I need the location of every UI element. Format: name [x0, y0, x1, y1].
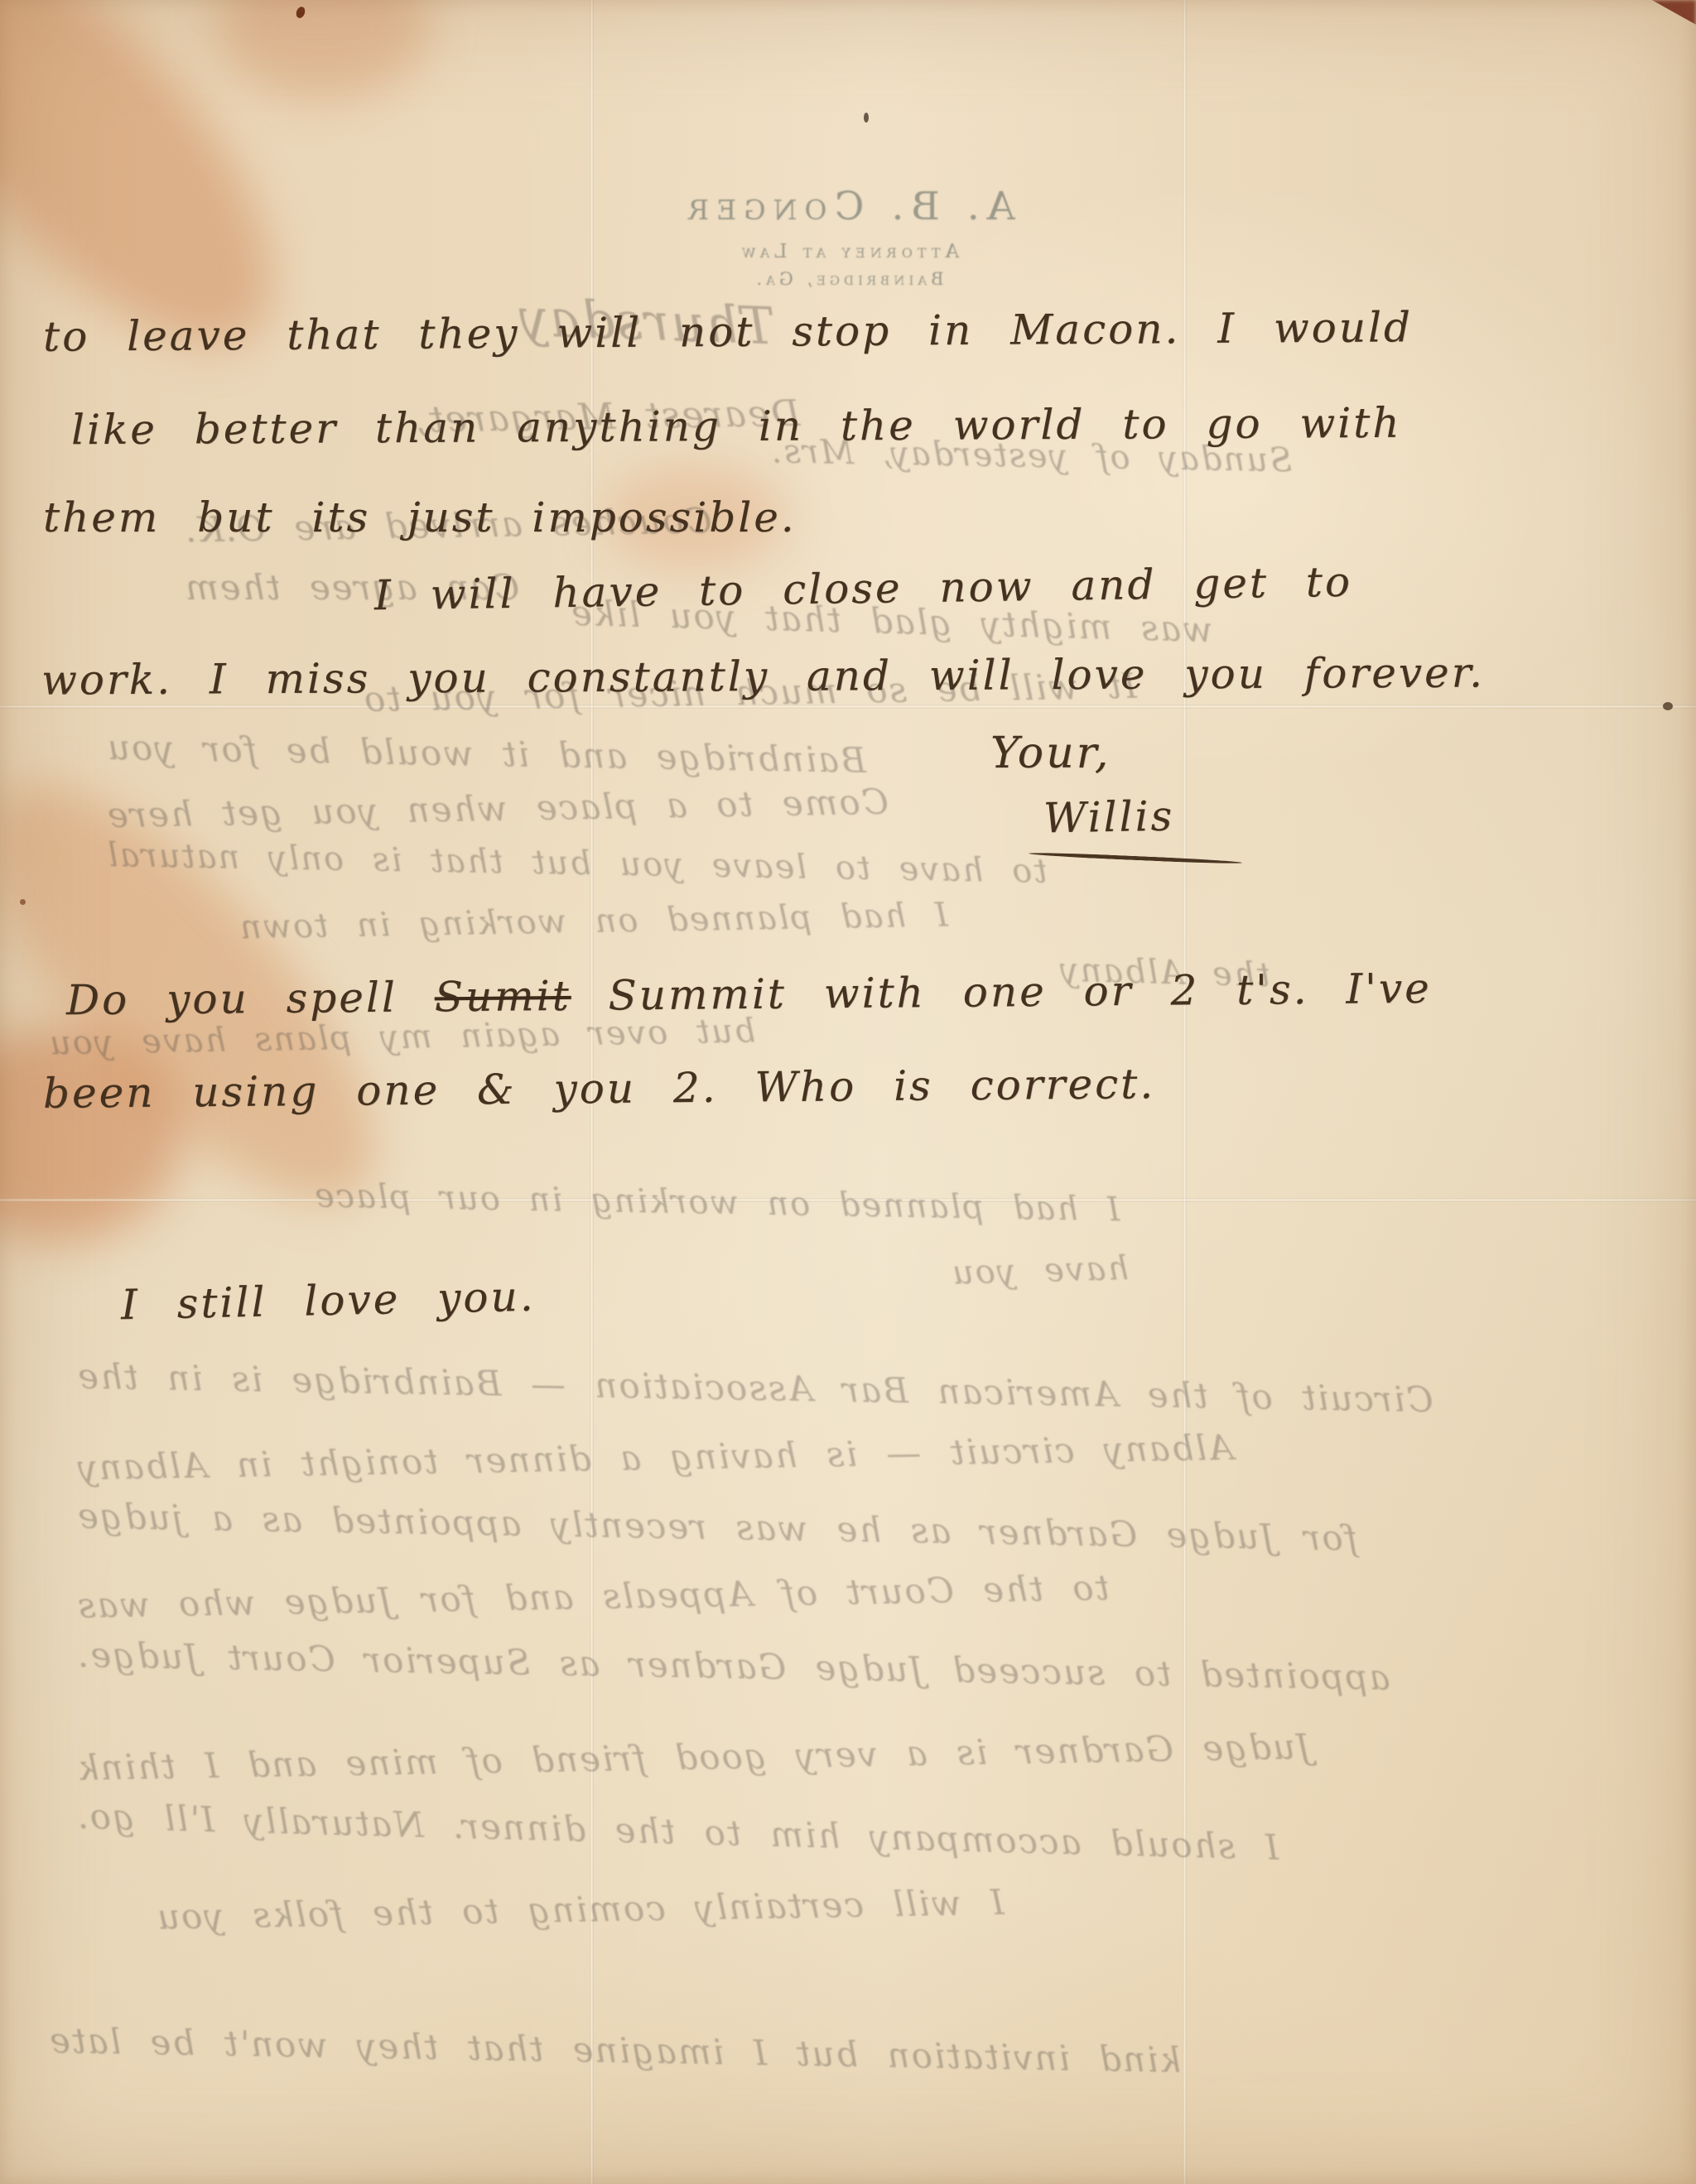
closing: Your,	[990, 729, 1111, 778]
bleed-through-line: I will certainly coming to the folks you	[156, 1882, 1005, 1937]
bleed-through-line: Circuit of the American Bar Association …	[76, 1356, 1433, 1421]
letterhead-city: Bainbridge, Ga.	[681, 269, 1014, 289]
final-note: I still love you.	[120, 1272, 536, 1329]
ink-speck	[1663, 702, 1673, 710]
postscript-line-1-pre: Do you spell	[66, 973, 435, 1024]
bleed-through-line: I had planned on working in our place	[313, 1176, 1120, 1229]
handwriting-line-5: work. I miss you constantly and will lov…	[41, 648, 1485, 704]
handwriting-line-3: them but its just impossible.	[43, 493, 797, 541]
postscript-line-2: been using one & you 2. Who is correct.	[43, 1060, 1156, 1118]
stain-top-edge	[215, 0, 431, 99]
bleed-through-line: Judge Gardner is a very good friend of m…	[76, 1726, 1312, 1788]
postscript-line-1-post: Summit with one or 2 t's. I've	[571, 965, 1432, 1020]
bleed-through-line: kind invitation but I imagine that they …	[48, 2020, 1182, 2081]
signature: Willis	[1043, 792, 1175, 843]
bleed-through-line: have you	[950, 1249, 1129, 1292]
letter-page: A. B. Conger Attorney at Law Bainbridge,…	[0, 0, 1696, 2184]
bleed-through-line: for Judge Gardner as he was recently app…	[76, 1496, 1358, 1559]
bleed-through-line: Bainbridge and it would be for you	[106, 727, 867, 781]
ink-speck	[864, 113, 869, 123]
signature-underline	[1029, 851, 1242, 864]
letterhead-name: A. B. Conger	[681, 184, 1014, 229]
letterhead-title: Attorney at Law	[681, 241, 1014, 262]
stain-top-right-corner	[1645, 0, 1696, 40]
bleed-through-line: appointed to succeed Judge Gardner as Su…	[76, 1634, 1390, 1698]
bleed-through-line: Come to a place when you get here	[106, 782, 889, 835]
crossed-out-word: Sumit	[434, 972, 571, 1021]
letterhead: A. B. Conger Attorney at Law Bainbridge,…	[681, 184, 1014, 289]
handwriting-line-1: to leave that they will not stop in Maco…	[43, 303, 1413, 361]
handwriting-line-2: like better than anything in the world t…	[71, 399, 1402, 454]
bleed-through-line: Albany circuit — is having a dinner toni…	[76, 1427, 1234, 1488]
ink-speck	[20, 899, 26, 905]
bleed-through-line: I should accompany him to the dinner. Na…	[76, 1796, 1279, 1868]
bleed-through-line: to have to leave you but that is only na…	[106, 836, 1048, 891]
bleed-through-line: I had planned on working in town	[238, 897, 948, 947]
